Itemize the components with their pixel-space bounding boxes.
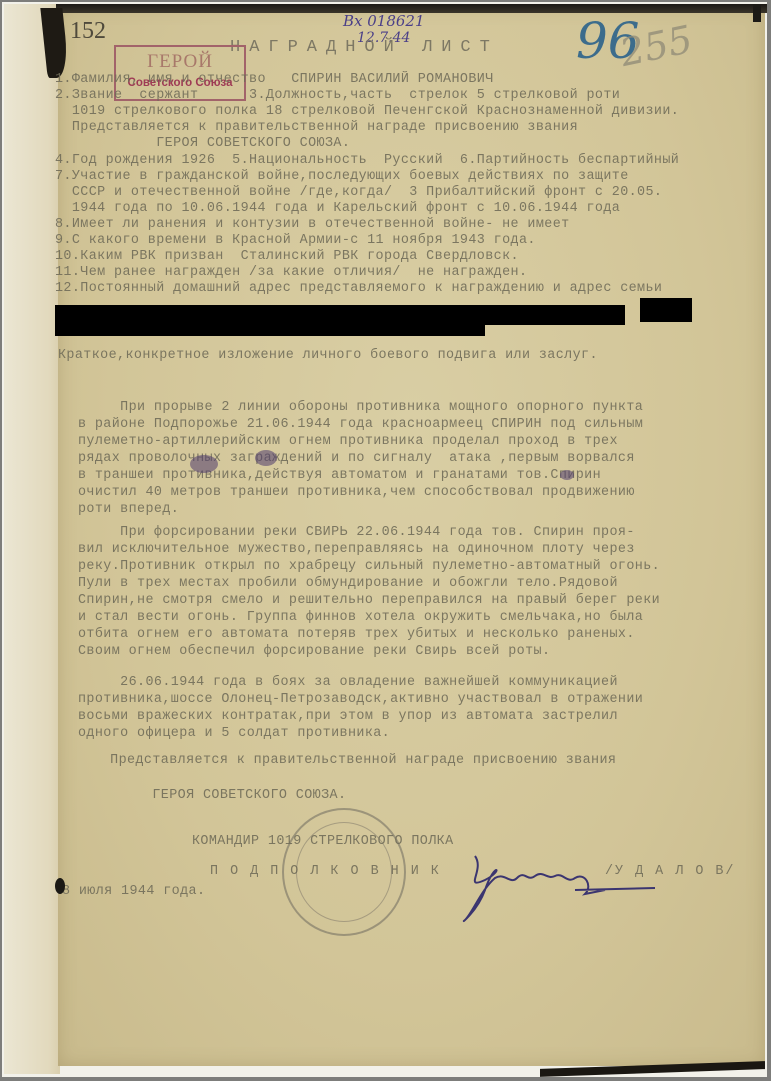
narrative-line: пулеметно-артиллерийским огнем противник…	[78, 434, 618, 449]
redaction-bar	[55, 320, 485, 336]
narrative-line: рядах проволочных заграждений и по сигна…	[78, 451, 635, 466]
narrative-line: вил исключительное мужество,переправляяс…	[78, 542, 635, 557]
questionnaire-line: 7.Участие в гражданской войне,последующи…	[55, 169, 629, 184]
narrative-line: в траншеи противника,действуя автоматом …	[78, 468, 601, 483]
ink-blot	[190, 455, 218, 473]
questionnaire-line: 1.Фамилия, имя и отчество СПИРИН ВАСИЛИЙ…	[55, 72, 494, 87]
narrative-line: одного офицера и 5 солдат противника.	[78, 726, 390, 741]
narrative-line: Своим огнем обеспечил форсирование реки …	[78, 644, 550, 659]
questionnaire-line: 11.Чем ранее награжден /за какие отличия…	[55, 265, 527, 280]
questionnaire-line: 10.Каким РВК призван Сталинский РВК горо…	[55, 249, 519, 264]
narrative-line: и стал вести огонь. Группа финнов хотела…	[78, 610, 643, 625]
stamp-line-1: ГЕРОЙ	[116, 51, 244, 73]
questionnaire-line: ГЕРОЯ СОВЕТСКОГО СОЮЗА.	[55, 136, 350, 151]
binding-margin	[4, 4, 60, 1074]
questionnaire-line: 2.Звание сержант 3.Должность,часть стрел…	[55, 88, 620, 103]
narrative-line: Спирин,не смотря смело и решительно пере…	[78, 593, 660, 608]
narrative-line: отбита огнем его автомата потеряв трех у…	[78, 627, 635, 642]
narrative-line: противника,шоссе Олонец-Петрозаводск,акт…	[78, 692, 643, 707]
commander-signature	[455, 850, 655, 930]
questionnaire-line: СССР и отечественной войне /где,когда/ 3…	[55, 185, 662, 200]
section-heading: Краткое,конкретное изложение личного бое…	[58, 348, 598, 363]
document-title: НАГРАДНОЙ ЛИСТ	[230, 38, 499, 57]
questionnaire-line: 4.Год рождения 1926 5.Национальность Рус…	[55, 153, 679, 168]
questionnaire-line: 1944 года по 10.06.1944 года и Карельски…	[55, 201, 620, 216]
document-date: 8 июля 1944 года.	[62, 884, 205, 899]
questionnaire-line: 1019 стрелкового полка 18 стрелковой Печ…	[55, 104, 679, 119]
commander-rank: П О Д П О Л К О В Н И К	[210, 864, 441, 879]
narrative-line: восьми вражеских контратак,при этом в уп…	[78, 709, 618, 724]
narrative-line: Пули в трех местах пробили обмундировани…	[78, 576, 618, 591]
sheet-number: 152	[70, 18, 106, 45]
narrative-line: в районе Подпорожье 21.06.1944 года крас…	[78, 417, 643, 432]
recommendation-line: Представляется к правительственной награ…	[68, 753, 616, 768]
narrative-line: 26.06.1944 года в боях за овладение важн…	[78, 675, 618, 690]
narrative-line: При прорыве 2 линии обороны противника м…	[78, 400, 643, 415]
questionnaire-line: 9.С какого времени в Красной Армии-с 11 …	[55, 233, 536, 248]
narrative-line: реку.Противник открыл по храбрецу сильны…	[78, 559, 660, 574]
questionnaire-line: Представляется к правительственной награ…	[55, 120, 578, 135]
questionnaire-line: 12.Постоянный домашний адрес представляе…	[55, 281, 662, 296]
questionnaire-line: 8.Имеет ли ранения и контузии в отечеств…	[55, 217, 570, 232]
narrative-line: При форсировании реки СВИРЬ 22.06.1944 г…	[78, 525, 635, 540]
narrative-line: роти вперед.	[78, 502, 179, 517]
ink-blot	[560, 470, 574, 480]
ink-blot	[255, 450, 277, 466]
narrative-line: очистил 40 метров траншеи противника,чем…	[78, 485, 635, 500]
ink-spot	[55, 878, 65, 894]
corner-shadow	[753, 4, 761, 22]
archive-mark-number: Вх 018621	[343, 12, 425, 30]
commander-title: КОМАНДИР 1019 СТРЕЛКОВОГО ПОЛКА	[192, 834, 454, 849]
redaction-bar	[640, 298, 692, 322]
recommendation-title: ГЕРОЯ СОВЕТСКОГО СОЮЗА.	[68, 788, 346, 803]
